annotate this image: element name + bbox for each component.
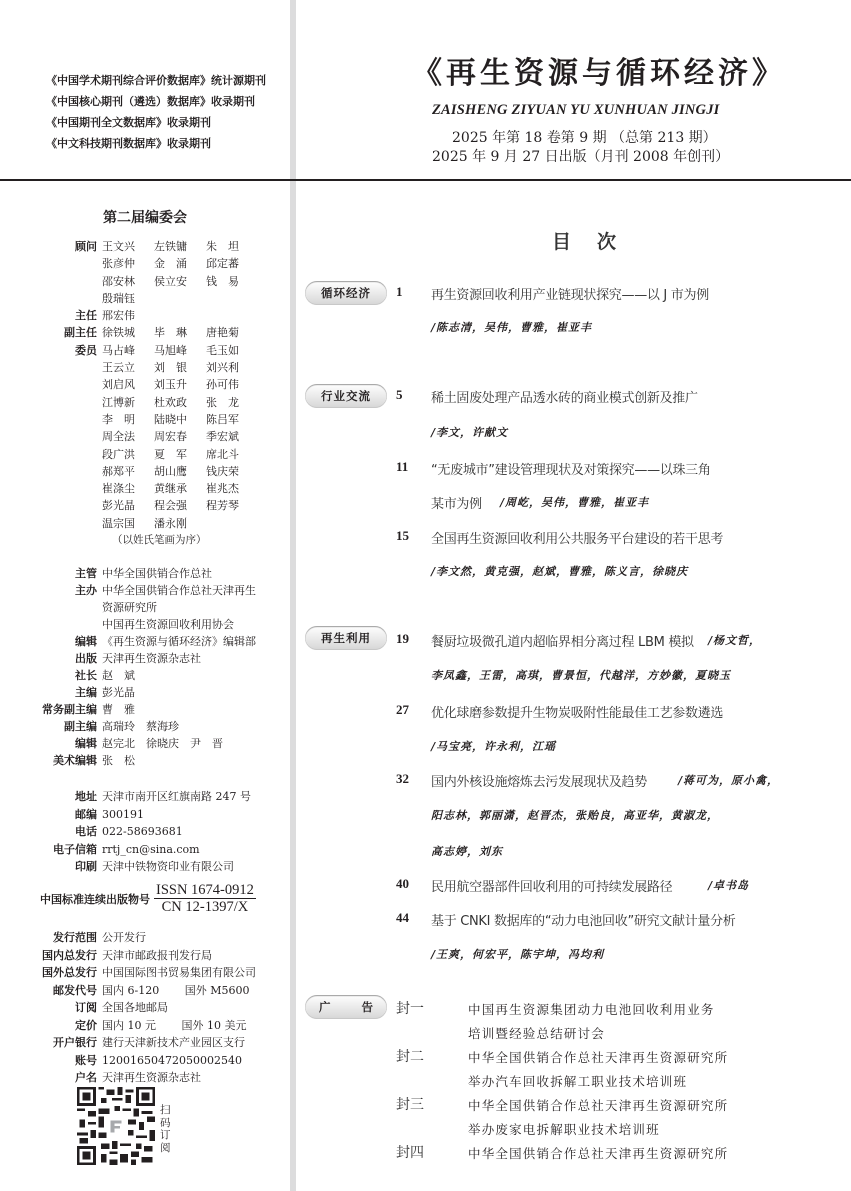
ad-line: 中华全国供销合作总社天津再生资源研究所 [468, 1046, 728, 1070]
info-value: 中华全国供销合作总社 [102, 565, 290, 582]
person-name: 夏 军 [154, 446, 206, 463]
info-value: rrtj_cn@sina.com [102, 841, 290, 859]
person-name: 崔涤尘 [102, 480, 154, 497]
info-row: 电话022-58693681 [0, 823, 290, 841]
article-authors: /蒋可为，原小禽， [678, 772, 779, 788]
name-list: 彭光晶程会强程芳琴 [102, 497, 290, 514]
info-value: 曹 雅 [102, 701, 290, 718]
person-name: 黄继承 [154, 480, 206, 497]
indexing-item: 《中文科技期刊数据库》收录期刊 [46, 133, 266, 154]
info-label: 定价 [0, 1017, 102, 1035]
row-label: 委员 [0, 342, 102, 359]
info-value: 国内 10 元 国外 10 美元 [102, 1017, 290, 1035]
person-name: 孙可伟 [206, 376, 258, 393]
qr-caption: 扫码订阅 [160, 1104, 172, 1154]
row-label: 顾问 [0, 238, 102, 255]
name-list: 王文兴左铁镛朱 坦 [102, 238, 290, 255]
info-row: 订阅全国各地邮局 [0, 999, 290, 1017]
ad-text: 中华全国供销合作总社天津再生资源研究所 [468, 1142, 728, 1166]
indexing-list: 《中国学术期刊综合评价数据库》统计源期刊 《中国核心期刊（遴选）数据库》收录期刊… [46, 70, 266, 154]
person-name: 刘玉升 [154, 376, 206, 393]
info-value: 天津市邮政报刊发行局 [102, 947, 290, 965]
info-row: 邮编300191 [0, 806, 290, 824]
board-row: 周全法周宏春季宏斌 [0, 428, 290, 445]
row-label [0, 428, 102, 445]
info-label: 订阅 [0, 999, 102, 1017]
article-authors: /陈志清，吴伟，曹雅，崔亚丰 [431, 319, 592, 335]
ad-line: 中国再生资源集团动力电池回收利用业务 [468, 998, 715, 1022]
person-name: 侯立安 [154, 273, 206, 290]
board-row: 王云立刘 银刘兴利 [0, 359, 290, 376]
info-row: 编辑《再生资源与循环经济》编辑部 [0, 633, 290, 650]
info-value: 中国国际图书贸易集团有限公司 [102, 964, 290, 982]
masthead: 《再生资源与循环经济》 ZAISHENG ZIYUAN YU XUNHUAN J… [420, 48, 840, 167]
person-name: 段广洪 [102, 446, 154, 463]
person-name: 钱 易 [206, 273, 258, 290]
qr-code-icon[interactable] [76, 1087, 156, 1165]
name-list: 温宗国潘永刚 [102, 515, 290, 532]
article-authors: /周屹，吴伟，曹雅，崔亚丰 [500, 494, 649, 510]
ad-line: 中华全国供销合作总社天津再生资源研究所 [468, 1094, 728, 1118]
info-label [0, 616, 102, 633]
issn-label: 中国标准连续出版物号 [40, 891, 150, 907]
ad-position: 封四 [396, 1142, 424, 1162]
info-row: 邮发代号国内 6-120 国外 M5600 [0, 982, 290, 1000]
name-list: 马占峰马旭峰毛玉如 [102, 342, 290, 359]
row-label [0, 411, 102, 428]
ad-line: 举办废家电拆解职业技术培训班 [468, 1118, 728, 1142]
info-value: 资源研究所 [102, 599, 290, 616]
page-number: 27 [396, 702, 422, 718]
info-value: 张 松 [102, 752, 290, 769]
page-number: 32 [396, 771, 422, 787]
person-name: 刘 银 [154, 359, 206, 376]
person-name: 左铁镛 [154, 238, 206, 255]
board-title: 第二届编委会 [0, 207, 290, 227]
header-rule [0, 179, 851, 181]
info-row: 定价国内 10 元 国外 10 美元 [0, 1017, 290, 1035]
info-row: 社长赵 斌 [0, 667, 290, 684]
article-title-cont[interactable]: 某市为例 [431, 493, 482, 512]
info-row: 地址天津市南开区红旗南路 247 号 [0, 788, 290, 806]
board-row-vice-directors: 副主任 徐铁城毕 琳唐艳菊 [0, 324, 290, 341]
person-name: 郝郑平 [102, 463, 154, 480]
cn-number: CN 12-1397/X [154, 899, 256, 915]
ad-line: 中华全国供销合作总社天津再生资源研究所 [468, 1142, 728, 1166]
ad-text: 中国再生资源集团动力电池回收利用业务培训暨经验总结研讨会 [468, 998, 715, 1046]
publish-line: 2025 年 9 月 27 日出版（月刊 2008 年创刊） [432, 148, 840, 167]
info-row: 编辑赵完北 徐晓庆 尹 晋 [0, 735, 290, 752]
info-value: 公开发行 [102, 929, 290, 947]
info-value: 高瑞玲 蔡海珍 [102, 718, 290, 735]
name-list: 邵安林侯立安钱 易 [102, 273, 290, 290]
person-name: 金 涌 [154, 255, 206, 272]
toc-title: 目次 [552, 227, 616, 254]
info-row: 资源研究所 [0, 599, 290, 616]
info-value: 《再生资源与循环经济》编辑部 [102, 633, 290, 650]
name-list: 徐铁城毕 琳唐艳菊 [102, 324, 290, 341]
info-label: 主管 [0, 565, 102, 582]
editorial-board: 顾问 王文兴左铁镛朱 坦 张彦仲金 涌邱定蕃 邵安林侯立安钱 易 殷瑞钰 主任 … [0, 238, 290, 549]
person-name: 唐艳菊 [206, 324, 258, 341]
info-label: 电子信箱 [0, 841, 102, 859]
person-name: 王云立 [102, 359, 154, 376]
indexing-item: 《中国学术期刊综合评价数据库》统计源期刊 [46, 70, 266, 91]
info-label: 地址 [0, 788, 102, 806]
person-name: 刘兴利 [206, 359, 258, 376]
info-value: 天津中铁物资印业有限公司 [102, 858, 290, 876]
info-row: 出版天津再生资源杂志社 [0, 650, 290, 667]
row-label [0, 480, 102, 497]
name-list: 张彦仲金 涌邱定蕃 [102, 255, 290, 272]
ad-position: 封一 [396, 998, 424, 1018]
person-name: 马占峰 [102, 342, 154, 359]
toc-title-char: 目 [552, 231, 571, 253]
article-authors-cont: 李凤鑫，王雷，高琪，曹景恒，代越洋，方妙徽，夏晓玉 [431, 667, 731, 683]
name-list: 段广洪夏 军席北斗 [102, 446, 290, 463]
info-value: 彭光晶 [102, 684, 290, 701]
person-name: 张 龙 [206, 394, 258, 411]
person-name: 程芳琴 [206, 497, 258, 514]
ad-position: 封三 [396, 1094, 424, 1114]
person-name: 潘永刚 [154, 515, 206, 532]
person-name: 殷瑞钰 [102, 290, 154, 307]
person-name: 毕 琳 [154, 324, 206, 341]
board-row-members: 委员 马占峰马旭峰毛玉如 [0, 342, 290, 359]
info-label: 社长 [0, 667, 102, 684]
toc-title-char: 次 [597, 231, 616, 253]
person-name: 马旭峰 [154, 342, 206, 359]
name-list: 殷瑞钰 [102, 290, 290, 307]
info-row: 主编彭光晶 [0, 684, 290, 701]
info-label [0, 599, 102, 616]
ad-line: 培训暨经验总结研讨会 [468, 1022, 715, 1046]
page-number: 1 [396, 284, 422, 300]
board-row: 江博新杜欢政张 龙 [0, 394, 290, 411]
info-row: 电子信箱rrtj_cn@sina.com [0, 841, 290, 859]
indexing-item: 《中国核心期刊（遴选）数据库》收录期刊 [46, 91, 266, 112]
info-label: 主办 [0, 582, 102, 599]
distribution-info: 发行范围公开发行国内总发行天津市邮政报刊发行局国外总发行中国国际图书贸易集团有限… [0, 929, 290, 1087]
issn-block: 中国标准连续出版物号 ISSN 1674-0912 CN 12-1397/X [40, 882, 256, 915]
info-row: 开户银行建行天津新技术产业园区支行 [0, 1034, 290, 1052]
article-title[interactable]: 稀土固废处理产品透水砖的商业模式创新及推广 [431, 387, 698, 406]
person-name: 程会强 [154, 497, 206, 514]
issue-line: 2025 年第 18 卷第 9 期 （总第 213 期） [452, 129, 840, 148]
person-name: 席北斗 [206, 446, 258, 463]
section-badge: 循环经济 [305, 281, 387, 305]
info-row: 常务副主编曹 雅 [0, 701, 290, 718]
info-label: 编辑 [0, 633, 102, 650]
row-label [0, 359, 102, 376]
person-name: 张彦仲 [102, 255, 154, 272]
board-row-director: 主任 邢宏伟 [0, 307, 290, 324]
board-row: 刘启风刘玉升孙可伟 [0, 376, 290, 393]
person-name: 彭光晶 [102, 497, 154, 514]
info-row: 美术编辑张 松 [0, 752, 290, 769]
info-label: 编辑 [0, 735, 102, 752]
article-authors: /李文，许献文 [431, 424, 508, 440]
ad-position: 封二 [396, 1046, 424, 1066]
row-label [0, 515, 102, 532]
row-label [0, 497, 102, 514]
info-value: 国内 6-120 国外 M5600 [102, 982, 290, 1000]
ad-line: 举办汽车回收拆解工职业技术培训班 [468, 1070, 728, 1094]
info-value: 天津再生资源杂志社 [102, 1069, 290, 1087]
info-label: 国外总发行 [0, 964, 102, 982]
name-list: 江博新杜欢政张 龙 [102, 394, 290, 411]
page-number: 19 [396, 631, 422, 647]
article-title[interactable]: 再生资源回收利用产业链现状探究——以 J 市为例 [431, 284, 709, 303]
ad-text: 中华全国供销合作总社天津再生资源研究所举办汽车回收拆解工职业技术培训班 [468, 1046, 728, 1094]
name-list: 刘启风刘玉升孙可伟 [102, 376, 290, 393]
info-label: 出版 [0, 650, 102, 667]
director-name: 邢宏伟 [102, 307, 290, 324]
row-label [0, 394, 102, 411]
ad-text: 中华全国供销合作总社天津再生资源研究所举办废家电拆解职业技术培训班 [468, 1094, 728, 1142]
article-title[interactable]: 全国再生资源回收利用公共服务平台建设的若干思考 [431, 528, 723, 547]
info-row: 账号12001650472050002540 [0, 1052, 290, 1070]
row-label: 副主任 [0, 324, 102, 341]
section-badge-ads: 广告 [305, 995, 387, 1019]
board-row: 段广洪夏 军席北斗 [0, 446, 290, 463]
info-value: 022-58693681 [102, 823, 290, 841]
publisher-info: 主管中华全国供销合作总社主办中华全国供销合作总社天津再生资源研究所中国再生资源回… [0, 565, 290, 769]
article-title[interactable]: “无废城市”建设管理现状及对策探究——以珠三角 [431, 459, 711, 478]
info-label: 美术编辑 [0, 752, 102, 769]
name-list: 郝郑平胡山鹰钱庆荣 [102, 463, 290, 480]
info-row: 国内总发行天津市邮政报刊发行局 [0, 947, 290, 965]
info-label: 国内总发行 [0, 947, 102, 965]
board-row: 郝郑平胡山鹰钱庆荣 [0, 463, 290, 480]
person-name: 邱定蕃 [206, 255, 258, 272]
info-value: 中华全国供销合作总社天津再生 [102, 582, 290, 599]
page-number: 44 [396, 910, 422, 926]
page-number: 5 [396, 387, 422, 403]
info-row: 国外总发行中国国际图书贸易集团有限公司 [0, 964, 290, 982]
person-name: 钱庆荣 [206, 463, 258, 480]
person-name: 陈吕军 [206, 411, 258, 428]
issn-number: ISSN 1674-0912 [154, 882, 256, 899]
article-title[interactable]: 民用航空器部件回收利用的可持续发展路径 [431, 876, 672, 895]
page-number: 15 [396, 528, 422, 544]
info-label: 常务副主编 [0, 701, 102, 718]
info-row: 中国再生资源回收利用协会 [0, 616, 290, 633]
info-value: 300191 [102, 806, 290, 824]
person-name: 季宏斌 [206, 428, 258, 445]
info-label: 发行范围 [0, 929, 102, 947]
row-label [0, 446, 102, 463]
board-row: 温宗国潘永刚 [0, 515, 290, 532]
info-label: 副主编 [0, 718, 102, 735]
info-row: 印刷天津中铁物资印业有限公司 [0, 858, 290, 876]
board-row-advisors: 顾问 王文兴左铁镛朱 坦 [0, 238, 290, 255]
page-number: 40 [396, 876, 422, 892]
article-title[interactable]: 餐厨垃圾微孔道内超临界相分离过程 LBM 模拟 [431, 631, 694, 650]
person-name: 周宏春 [154, 428, 206, 445]
info-value: 全国各地邮局 [102, 999, 290, 1017]
article-authors: /李文然，黄克强，赵斌，曹雅，陈义言，徐晓庆 [431, 563, 688, 579]
info-label: 电话 [0, 823, 102, 841]
article-authors-cont: 高志婷，刘东 [431, 843, 503, 859]
order-note: （以姓氏笔画为序） [112, 532, 290, 549]
article-authors: /杨文哲， [708, 632, 761, 648]
info-value: 赵完北 徐晓庆 尹 晋 [102, 735, 290, 752]
person-name: 温宗国 [102, 515, 154, 532]
indexing-item: 《中国期刊全文数据库》收录期刊 [46, 112, 266, 133]
info-value: 赵 斌 [102, 667, 290, 684]
person-name: 胡山鹰 [154, 463, 206, 480]
issn-fraction: ISSN 1674-0912 CN 12-1397/X [154, 882, 256, 915]
article-authors: /王爽，何宏平，陈宇坤，冯均利 [431, 946, 604, 962]
info-row: 副主编高瑞玲 蔡海珍 [0, 718, 290, 735]
issue-info: 2025 年第 18 卷第 9 期 （总第 213 期） 2025 年 9 月 … [452, 129, 840, 167]
name-list: 崔涤尘黄继承崔兆杰 [102, 480, 290, 497]
info-row: 户名天津再生资源杂志社 [0, 1069, 290, 1087]
page-number: 11 [396, 459, 422, 475]
row-label [0, 376, 102, 393]
info-label: 邮发代号 [0, 982, 102, 1000]
person-name: 刘启风 [102, 376, 154, 393]
info-label: 主编 [0, 684, 102, 701]
row-label: 主任 [0, 307, 102, 324]
article-title[interactable]: 国内外核设施熔炼去污发展现状及趋势 [431, 771, 647, 790]
info-label: 账号 [0, 1052, 102, 1070]
person-name: 杜欢政 [154, 394, 206, 411]
section-badge: 再生利用 [305, 626, 387, 650]
article-title[interactable]: 基于 CNKI 数据库的“动力电池回收”研究文献计量分析 [431, 910, 736, 929]
person-name: 邵安林 [102, 273, 154, 290]
article-title[interactable]: 优化球磨参数提升生物炭吸附性能最佳工艺参数遴选 [431, 702, 723, 721]
person-name: 崔兆杰 [206, 480, 258, 497]
person-name: 朱 坦 [206, 238, 258, 255]
info-value: 12001650472050002540 [102, 1052, 290, 1070]
person-name: 陆晓中 [154, 411, 206, 428]
info-label: 印刷 [0, 858, 102, 876]
person-name: 李 明 [102, 411, 154, 428]
person-name: 徐铁城 [102, 324, 154, 341]
person-name: 江博新 [102, 394, 154, 411]
person-name: 毛玉如 [206, 342, 258, 359]
info-row: 发行范围公开发行 [0, 929, 290, 947]
info-label: 邮编 [0, 806, 102, 824]
journal-title: 《再生资源与循环经济》 [412, 48, 840, 92]
person-name: 王文兴 [102, 238, 154, 255]
info-row: 主管中华全国供销合作总社 [0, 565, 290, 582]
article-authors: /马宝亮，许永利，江瑶 [431, 738, 556, 754]
name-list: 王云立刘 银刘兴利 [102, 359, 290, 376]
section-badge: 行业交流 [305, 384, 387, 408]
name-list: 李 明陆晓中陈吕军 [102, 411, 290, 428]
info-label: 开户银行 [0, 1034, 102, 1052]
name-list: 周全法周宏春季宏斌 [102, 428, 290, 445]
info-value: 建行天津新技术产业园区支行 [102, 1034, 290, 1052]
board-row: 崔涤尘黄继承崔兆杰 [0, 480, 290, 497]
journal-pinyin: ZAISHENG ZIYUAN YU XUNHUAN JINGJI [432, 102, 840, 119]
info-label: 户名 [0, 1069, 102, 1087]
person-name: 周全法 [102, 428, 154, 445]
info-row: 主办中华全国供销合作总社天津再生 [0, 582, 290, 599]
article-authors: /卓书岛 [708, 877, 749, 893]
article-authors-cont: 阳志林，郭丽潇，赵晋杰，张贻良，高亚华，黄淑龙， [431, 807, 719, 823]
info-value: 天津市南开区红旗南路 247 号 [102, 788, 290, 806]
info-value: 天津再生资源杂志社 [102, 650, 290, 667]
info-value: 中国再生资源回收利用协会 [102, 616, 290, 633]
contact-info: 地址天津市南开区红旗南路 247 号邮编300191电话022-58693681… [0, 788, 290, 876]
board-row: 彭光晶程会强程芳琴 [0, 497, 290, 514]
board-row: 李 明陆晓中陈吕军 [0, 411, 290, 428]
row-label [0, 463, 102, 480]
